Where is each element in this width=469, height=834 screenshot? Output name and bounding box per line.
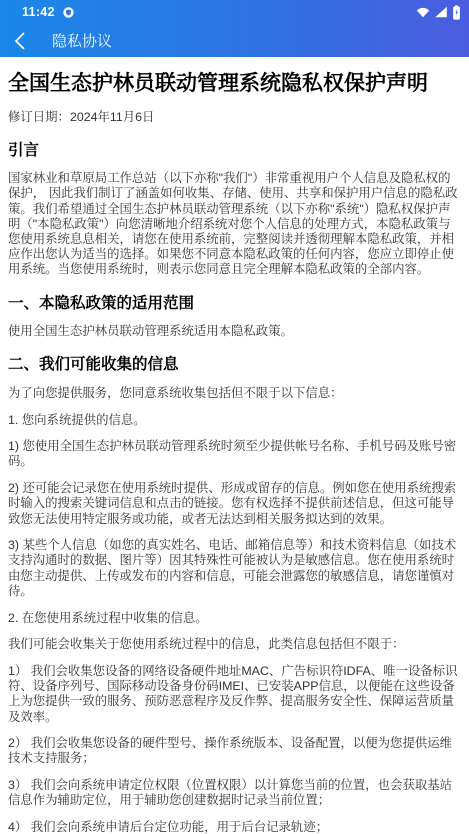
app-header: 11:42 (0, 0, 469, 57)
statusbar-icons (416, 5, 461, 20)
document-scroll-area[interactable]: 全国生态护林员联动管理系统隐私权保护声明 修订日期：2024年11月6日 引言国… (0, 57, 469, 834)
document-title: 全国生态护林员联动管理系统隐私权保护声明 (8, 70, 461, 98)
back-button[interactable] (14, 31, 34, 51)
battery-icon (452, 5, 461, 20)
paragraph: 为了向您提供服务，您同意系统收集包括但不限于以下信息： (8, 386, 461, 401)
document-body: 引言国家林业和草原局工作总站（以下亦称"我们"）非常重视用户个人信息及隐私权的保… (8, 141, 461, 834)
paragraph: 3） 我们会向系统申请定位权限（位置权限）以计算您当前的位置，也会获取基站信息作… (8, 778, 461, 808)
nav-bar: 隐私协议 (0, 24, 469, 57)
paragraph: 2） 我们会收集您设备的硬件型号、操作系统版本、设备配置，以便为您提供运维技术支… (8, 736, 461, 766)
privacy-policy-screen: 11:42 (0, 0, 469, 834)
cellular-signal-icon (434, 6, 448, 18)
paragraph: 1) 您使用全国生态护林员联动管理系统时须至少提供帐号名称、手机号码及账号密码。 (8, 439, 461, 469)
page-title: 隐私协议 (52, 30, 112, 51)
paragraph: 3) 某些个人信息（如您的真实姓名、电话、邮箱信息等）和技术资料信息（如技术支持… (8, 538, 461, 599)
paragraph: 我们可能会收集关于您使用系统过程中的信息，此类信息包括但不限于： (8, 637, 461, 652)
paragraph: 4） 我们会向系统申请后台定位功能，用于后台记录轨迹； (8, 820, 461, 834)
paragraph: 使用全国生态护林员联动管理系统适用本隐私政策。 (8, 324, 461, 339)
shield-notification-icon (62, 6, 75, 19)
wifi-icon (416, 6, 430, 18)
section-heading: 一、本隐私政策的适用范围 (8, 294, 461, 313)
status-bar: 11:42 (0, 0, 469, 24)
revision-date: 修订日期：2024年11月6日 (8, 110, 461, 125)
section-heading: 二、我们可能收集的信息 (8, 355, 461, 374)
paragraph: 1） 我们会收集您设备的网络设备硬件地址MAC、广告标识符IDFA、唯一设备标识… (8, 664, 461, 725)
paragraph: 1. 您向系统提供的信息。 (8, 413, 461, 428)
paragraph: 国家林业和草原局工作总站（以下亦称"我们"）非常重视用户个人信息及隐私权的保护，… (8, 171, 461, 277)
chevron-left-icon (14, 32, 25, 50)
clock: 11:42 (22, 5, 55, 19)
section-heading: 引言 (8, 141, 461, 160)
paragraph: 2) 还可能会记录您在使用系统时提供、形成或留存的信息。例如您在使用系统搜索时输… (8, 481, 461, 527)
paragraph: 2. 在您使用系统过程中收集的信息。 (8, 611, 461, 626)
